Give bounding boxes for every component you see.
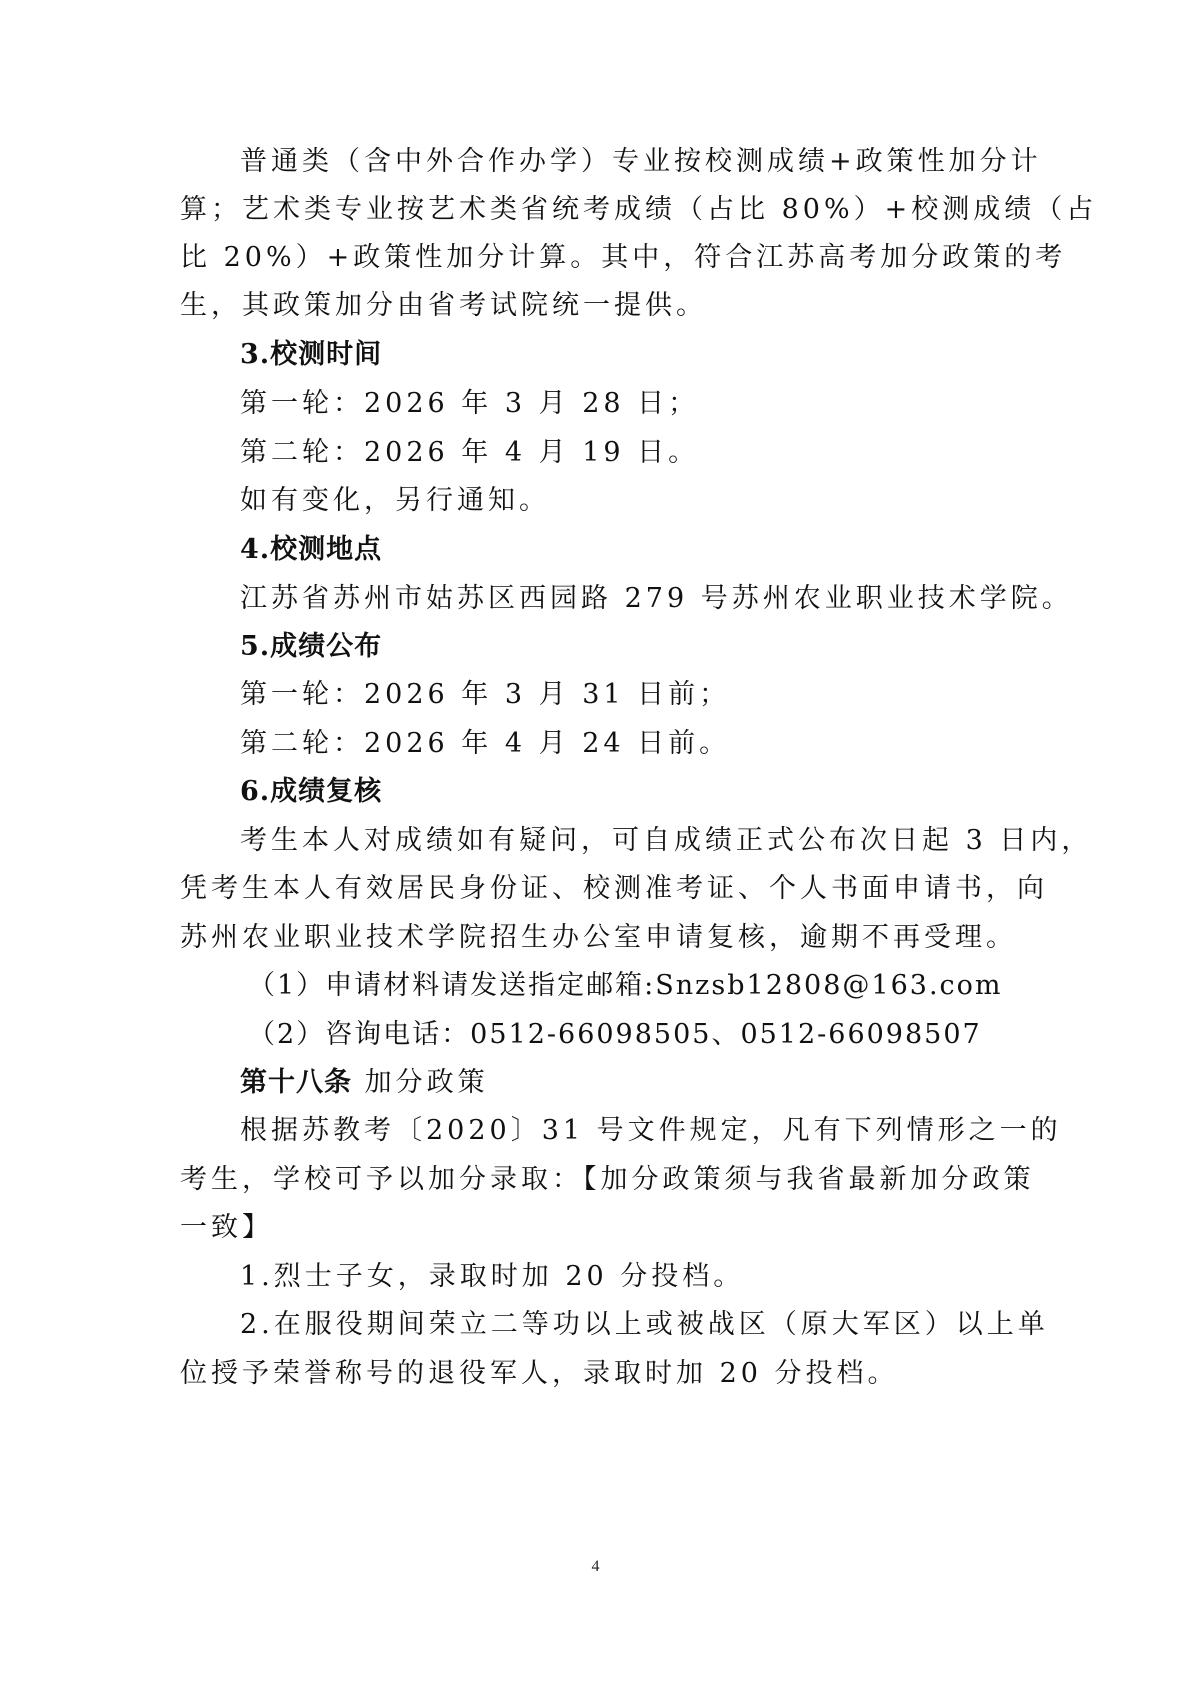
test-round-2: 第二轮：2026 年 4 月 19 日。 xyxy=(240,436,699,470)
article-18-title: 加分政策 xyxy=(352,1067,489,1098)
article-18-number: 第十八条 xyxy=(240,1067,352,1098)
result-round-2: 第二轮：2026 年 4 月 24 日前。 xyxy=(240,727,730,761)
intro-line-1: 普通类（含中外合作办学）专业按校测成绩+政策性加分计 xyxy=(240,145,1042,179)
result-round-1: 第一轮：2026 年 3 月 31 日前； xyxy=(240,678,730,712)
test-address: 江苏省苏州市姑苏区西园路 279 号苏州农业职业技术学院。 xyxy=(240,582,1073,616)
section-3-heading: 3.校测时间 xyxy=(240,338,382,372)
intro-line-4: 生，其政策加分由省考试院统一提供。 xyxy=(180,289,707,323)
section-5-heading: 5.成绩公布 xyxy=(240,630,382,664)
review-phone: （2）咨询电话：0512-66098505、0512-66098507 xyxy=(248,1018,982,1052)
test-round-1: 第一轮：2026 年 3 月 28 日； xyxy=(240,387,699,421)
section-6-heading: 6.成绩复核 xyxy=(240,775,382,809)
test-change-note: 如有变化，另行通知。 xyxy=(240,484,550,518)
page-number: 4 xyxy=(0,1558,1191,1576)
review-line-3: 苏州农业职业技术学院招生办公室申请复核，逾期不再受理。 xyxy=(180,921,1017,955)
intro-line-3: 比 20%）+政策性加分计算。其中，符合江苏高考加分政策的考 xyxy=(180,241,1066,275)
document-page: 普通类（含中外合作办学）专业按校测成绩+政策性加分计 算；艺术类专业按艺术类省统… xyxy=(0,0,1191,1684)
article-18-heading: 第十八条 加分政策 xyxy=(240,1066,489,1100)
bonus-policy-line-3: 一致】 xyxy=(180,1211,273,1245)
bonus-item-1: 1.烈士子女，录取时加 20 分投档。 xyxy=(240,1260,744,1294)
review-line-2: 凭考生本人有效居民身份证、校测准考证、个人书面申请书，向 xyxy=(180,872,1048,906)
bonus-item-2-line-2: 位授予荣誉称号的退役军人，录取时加 20 分投档。 xyxy=(180,1357,899,1391)
review-email: （1）申请材料请发送指定邮箱:Snzsb12808@163.com xyxy=(248,969,1003,1003)
review-line-1: 考生本人对成绩如有疑问，可自成绩正式公布次日起 3 日内， xyxy=(240,824,1092,858)
section-4-heading: 4.校测地点 xyxy=(240,533,382,567)
intro-line-2: 算；艺术类专业按艺术类省统考成绩（占比 80%）+校测成绩（占 xyxy=(180,193,1097,227)
bonus-item-2-line-1: 2.在服役期间荣立二等功以上或被战区（原大军区）以上单 xyxy=(240,1308,1049,1342)
bonus-policy-line-1: 根据苏教考〔2020〕31 号文件规定，凡有下列情形之一的 xyxy=(240,1114,1062,1148)
bonus-policy-line-2: 考生，学校可予以加分录取：【加分政策须与我省最新加分政策 xyxy=(180,1163,1035,1197)
